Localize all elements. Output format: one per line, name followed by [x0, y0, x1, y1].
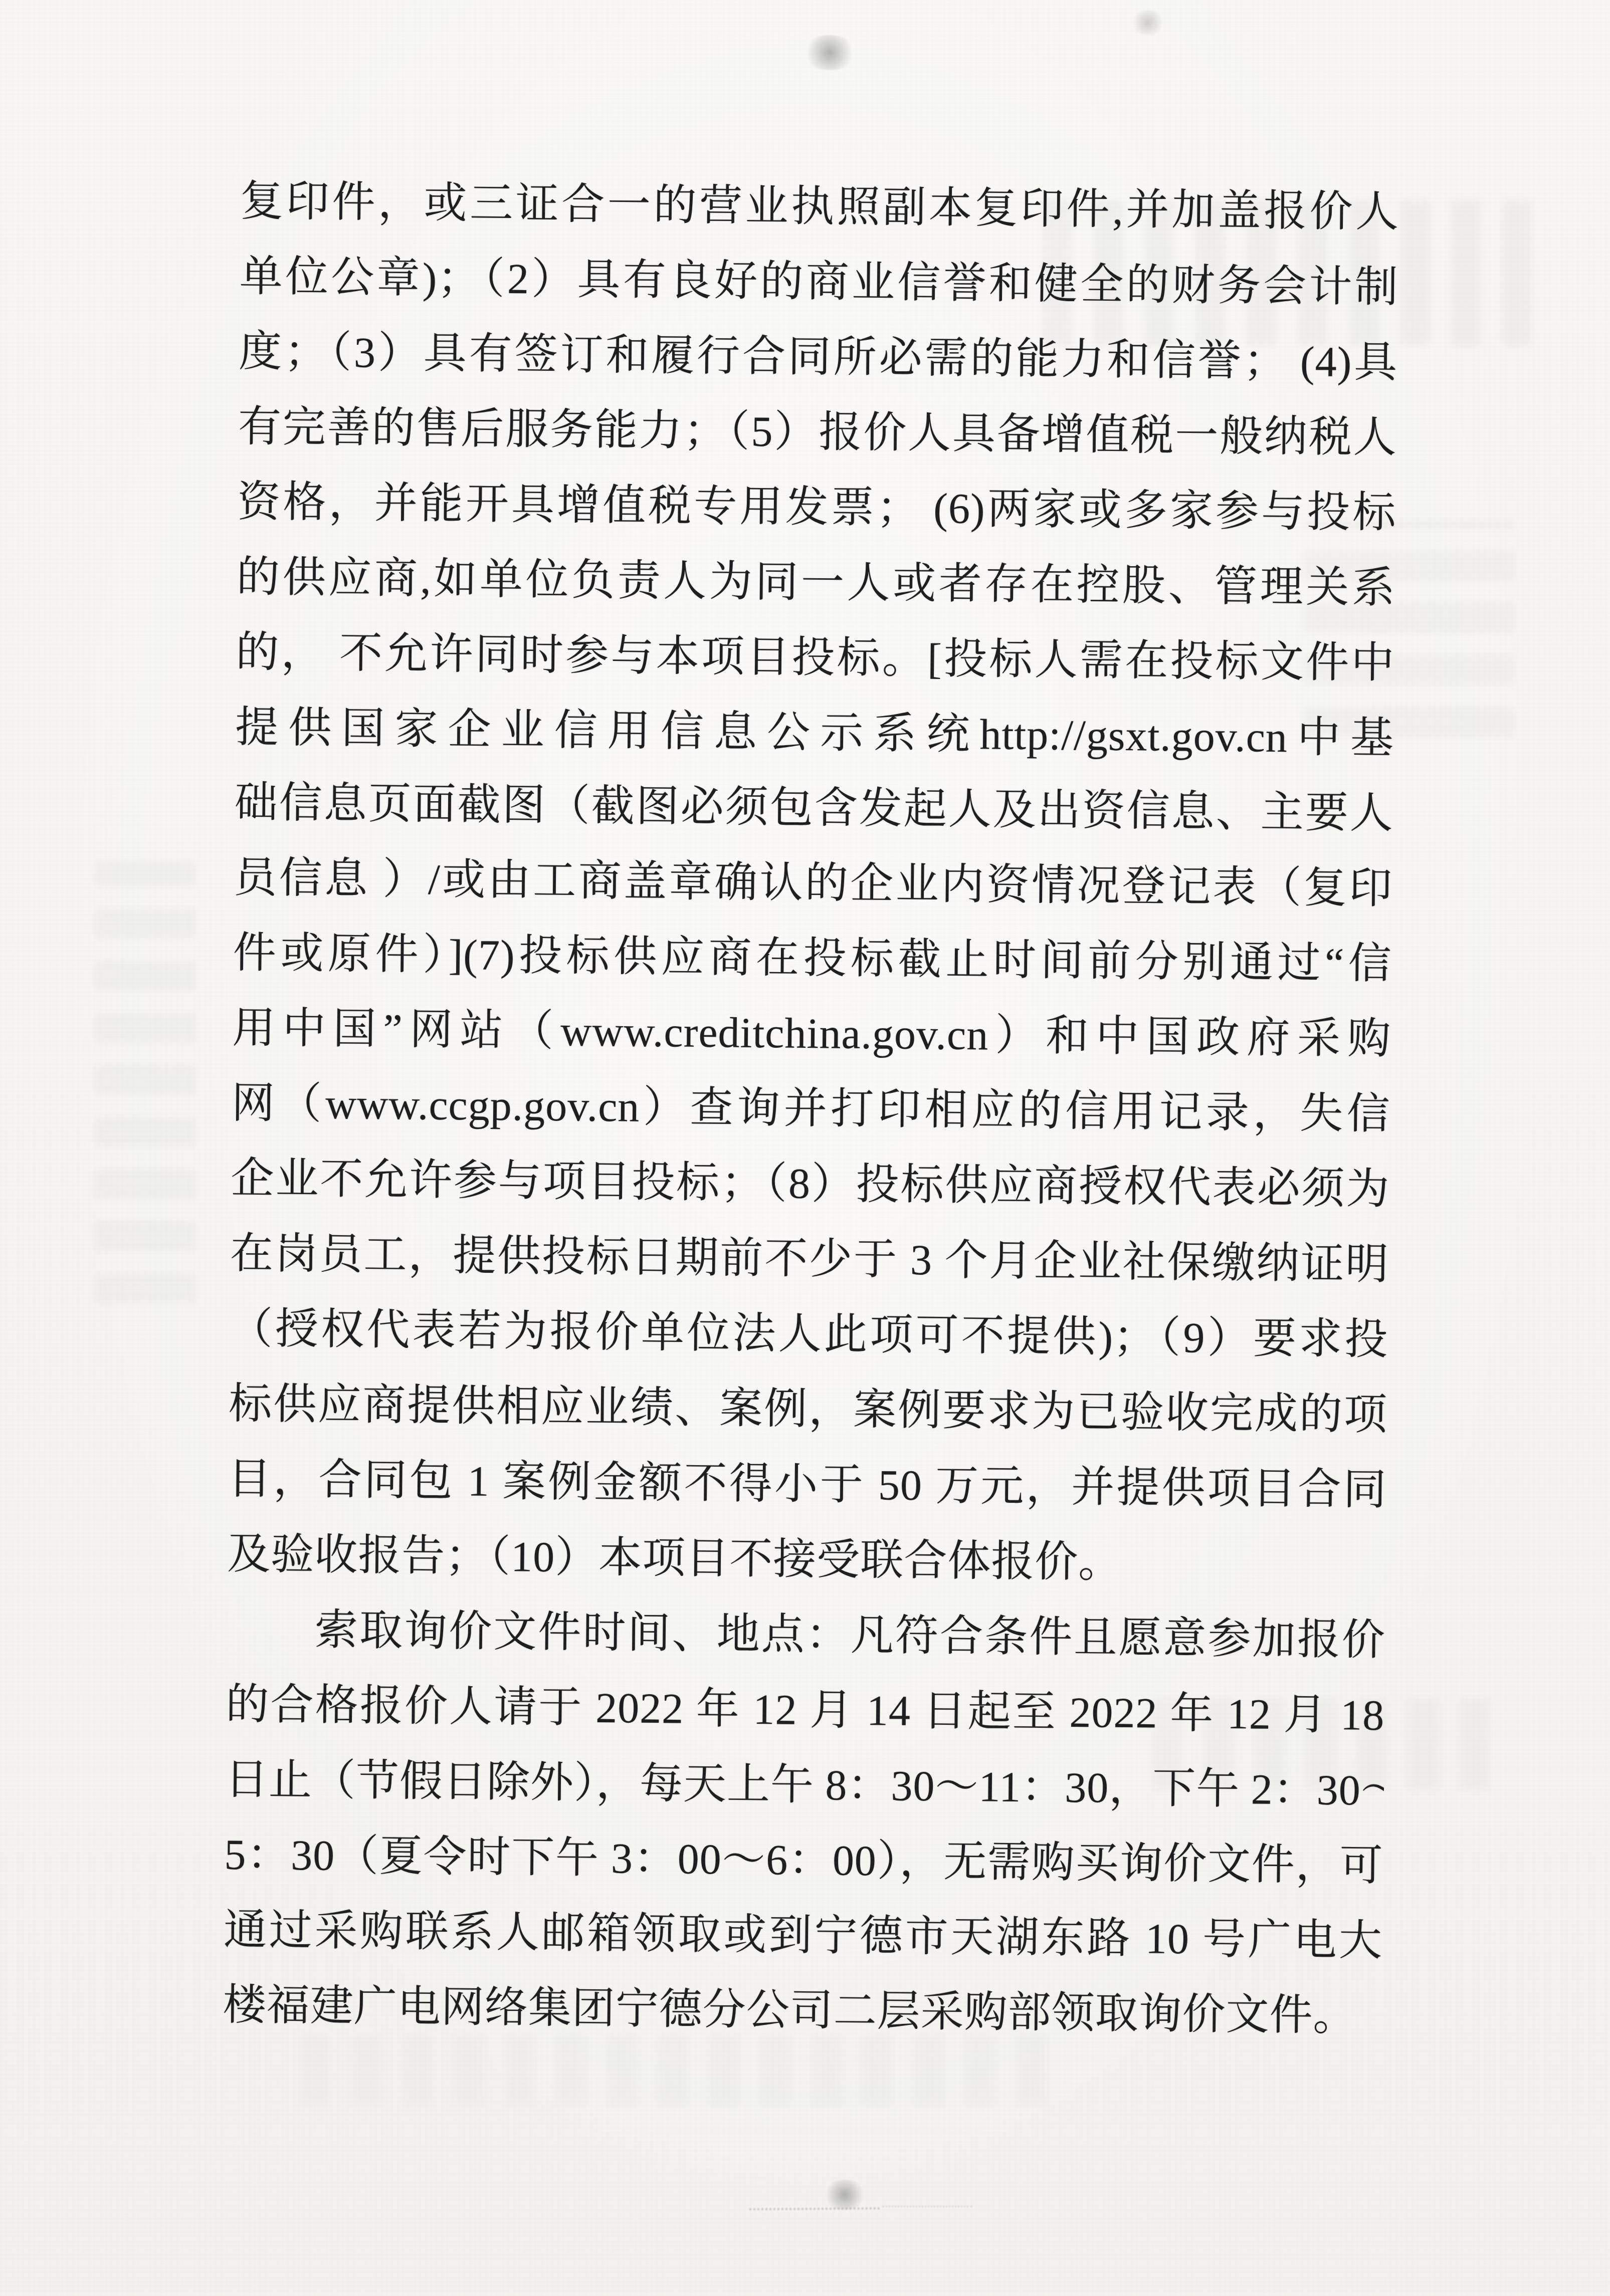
- show-through-artifact: [95, 862, 195, 1303]
- fold-mark: [749, 2207, 880, 2210]
- text-line: 有完善的售后服务能力；（5）报价人具备增值税一般纳税人: [238, 389, 1397, 475]
- scanned-document-page: 复印件，或三证合一的营业执照副本复印件,并加盖报价人 单位公章)；（2）具有良好…: [0, 0, 1610, 2296]
- text-line: 件或原件）](7)投标供应商在投标截止时间前分别通过“信: [233, 915, 1392, 1001]
- text-line: 网（www.ccgp.gov.cn）查询并打印相应的信用记录，失信: [231, 1065, 1390, 1152]
- text-line: 员信息 ）/或由工商盖章确认的企业内资情况登记表（复印: [234, 840, 1393, 926]
- text-line: 资格，并能开具增值税专用发票； (6)两家或多家参与投标: [237, 464, 1396, 550]
- text-line: 日止（节假日除外），每天上午 8：30～11：30，下午 2：30～: [225, 1742, 1384, 1828]
- text-line-paragraph-end: 楼福建广电网络集团宁德分公司二层采购部领取询价文件。: [223, 1967, 1382, 2053]
- text-line: 的， 不允许同时参与本项目投标。[投标人需在投标文件中: [236, 614, 1395, 701]
- text-line: 的合格报价人请于 2022 年 12 月 14 日起至 2022 年 12 月 …: [226, 1667, 1385, 1753]
- scan-speck: [822, 2180, 867, 2210]
- text-line: 5：30（夏令时下午 3：00～6：00），无需购买询价文件，可: [224, 1817, 1383, 1903]
- text-line: 在岗员工，提供投标日期前不少于 3 个月企业社保缴纳证明: [230, 1216, 1389, 1302]
- text-line: 企业不允许参与项目投标；（8）投标供应商授权代表必须为: [231, 1140, 1390, 1227]
- text-line: 单位公章)；（2）具有良好的商业信誉和健全的财务会计制: [239, 239, 1398, 325]
- text-line: 通过采购联系人邮箱领取或到宁德市天湖东路 10 号广电大: [223, 1892, 1382, 1978]
- fold-mark: [882, 2206, 972, 2207]
- text-line: 提供国家企业信用信息公示系统http://gsxt.gov.cn中基: [235, 690, 1394, 776]
- text-line-paragraph-end: 及验收报告；（10）本项目不接受联合体报价。: [227, 1516, 1386, 1602]
- text-line: 复印件，或三证合一的营业执照副本复印件,并加盖报价人: [240, 163, 1399, 250]
- document-text: 复印件，或三证合一的营业执照副本复印件,并加盖报价人 单位公章)；（2）具有良好…: [223, 163, 1399, 2053]
- text-line: 的供应商,如单位负责人为同一人或者存在控股、管理关系: [236, 539, 1395, 625]
- scan-speck: [802, 35, 857, 70]
- text-line: 目，合同包 1 案例金额不得小于 50 万元，并提供项目合同: [228, 1441, 1387, 1527]
- text-line: 用中国”网站（www.creditchina.gov.cn）和中国政府采购: [232, 990, 1391, 1076]
- text-line-paragraph-start: 索取询价文件时间、地点：凡符合条件且愿意参加报价: [226, 1591, 1385, 1678]
- text-line: 度；（3）具有签订和履行合同所必需的能力和信誉； (4)具: [239, 314, 1398, 400]
- text-line: （授权代表若为报价单位法人此项可不提供)；（9）要求投: [229, 1291, 1388, 1377]
- text-line: 标供应商提供相应业绩、案例，案例要求为已验收完成的项: [229, 1366, 1388, 1452]
- text-line: 础信息页面截图（截图必须包含发起人及出资信息、主要人: [234, 765, 1393, 851]
- scan-speck: [1130, 10, 1165, 35]
